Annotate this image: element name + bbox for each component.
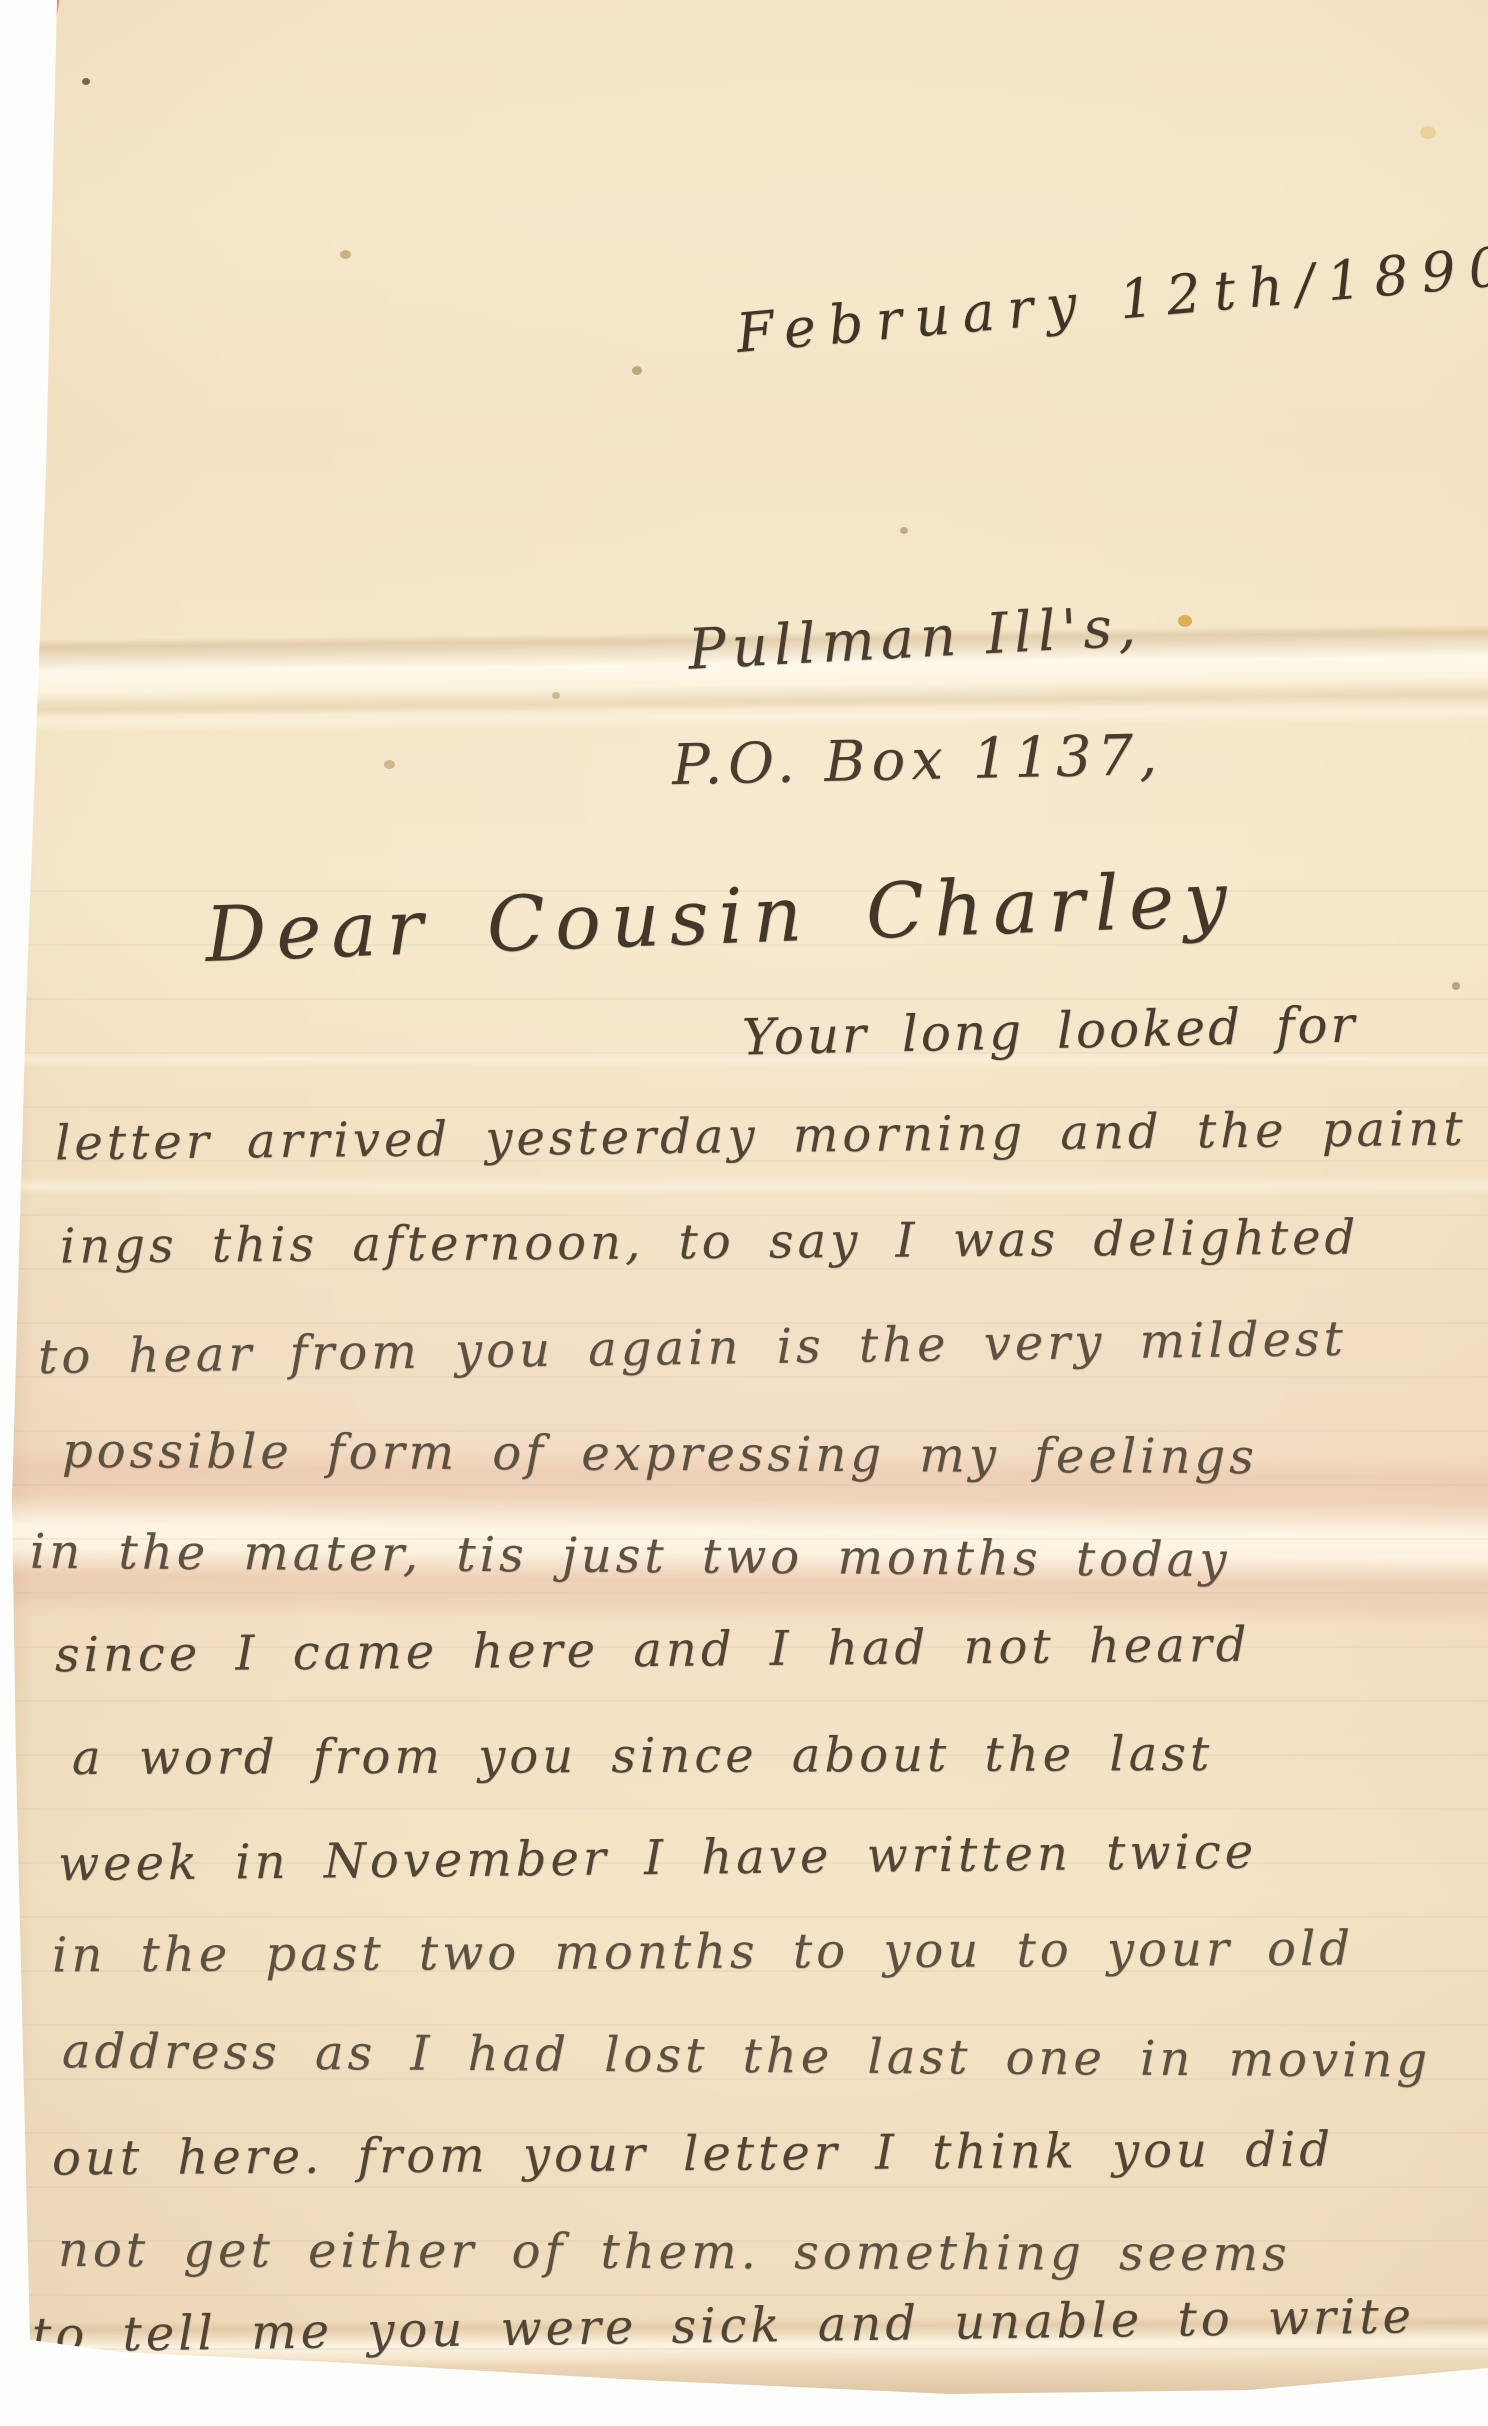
body-line-9: in the past two months to you to your ol… <box>52 1921 1354 1984</box>
foxing-spot <box>340 250 351 259</box>
ink-speck <box>82 78 90 85</box>
stain-spot <box>1420 126 1436 139</box>
foxing-spot <box>632 366 642 375</box>
date-line: February 12th/1890 <box>734 234 1488 365</box>
foxing-spot <box>1452 982 1460 990</box>
stain-spot <box>1178 615 1192 627</box>
po-box-line: P.O. Box 1137, <box>671 723 1163 798</box>
edge-ink-stroke-blue <box>0 1584 9 1607</box>
foxing-spot <box>384 760 395 769</box>
body-line-2: ings this afternoon, to say I was deligh… <box>60 1209 1360 1274</box>
body-line-6: since I came here and I had not heard <box>55 1617 1251 1683</box>
body-line-7: a word from you since about the last <box>72 1726 1213 1786</box>
body-line-4: possible form of expressing my feelings <box>62 1423 1258 1485</box>
body-line-10: address as I had lost the last one in mo… <box>62 2023 1432 2089</box>
body-line-12: not get either of them. something seems <box>58 2222 1291 2282</box>
body-line-11: out here. from your letter I think you d… <box>52 2122 1334 2187</box>
scanned-letter-page: February 12th/1890 Pullman Ill's, P.O. B… <box>0 0 1488 2426</box>
red-ink-mark <box>30 0 66 94</box>
letter-paper: February 12th/1890 Pullman Ill's, P.O. B… <box>0 0 1488 2426</box>
foxing-spot <box>900 527 908 534</box>
foxing-spot <box>552 692 560 699</box>
body-line-5: in the mater, tis just two months today <box>30 1524 1231 1588</box>
